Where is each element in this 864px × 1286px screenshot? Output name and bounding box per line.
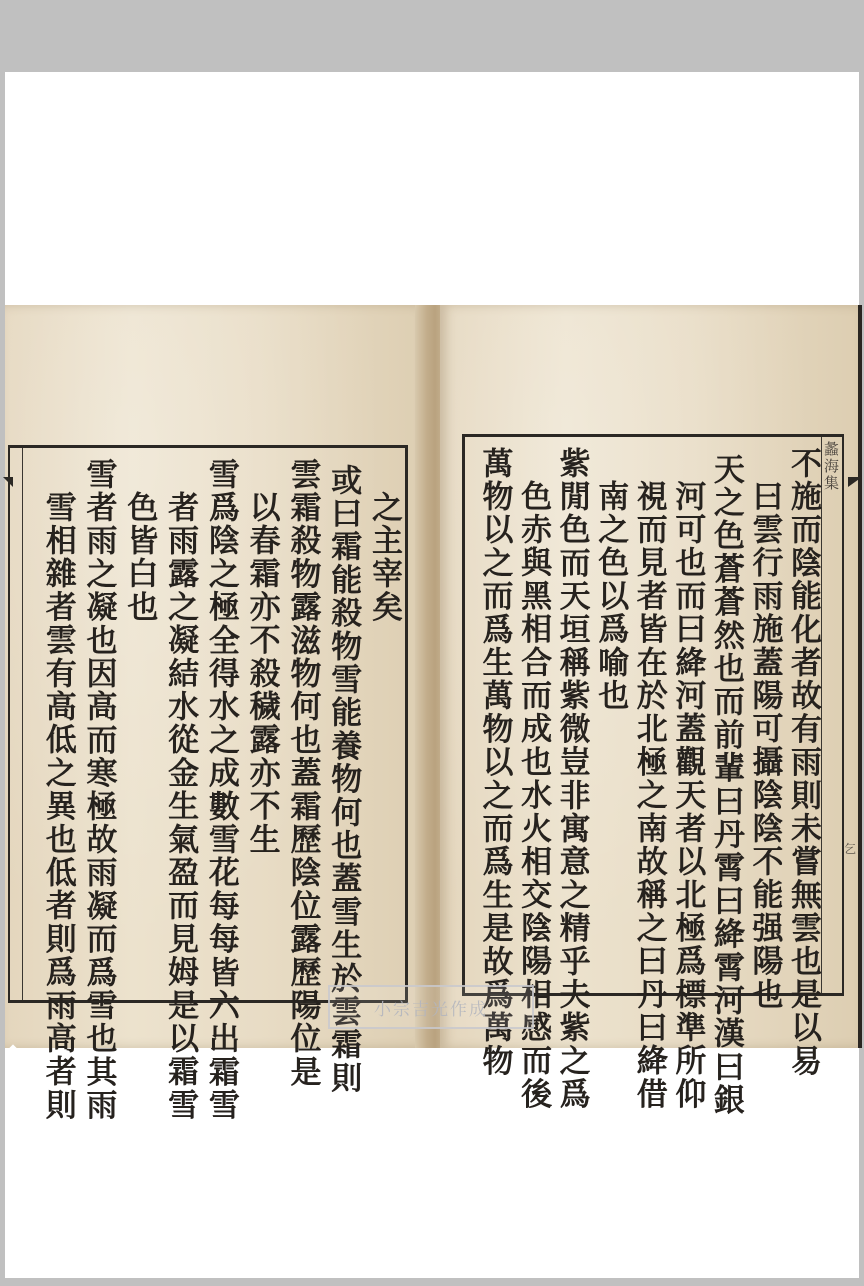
text-column: 紫閒色而天垣稱紫微豈非寓意之精乎夫紫之爲	[548, 447, 587, 987]
watermark: 小宗吉光作成	[328, 985, 534, 1029]
text-column: 南之色以爲喻也	[587, 447, 626, 987]
right-page: 蠡海集 不施而陰能化者故有雨則未嘗無雲也是以易 曰雲行雨施蓋陽可攝陰陰不能强陽也…	[440, 305, 858, 1048]
text-column: 不施而陰能化者故有雨則未嘗無雲也是以易	[779, 447, 818, 987]
text-column: 視而見者皆在於北極之南故稱之曰丹曰絳借	[625, 447, 664, 987]
fishtail-mark-icon	[3, 477, 13, 487]
fishtail-mark-icon	[848, 477, 862, 487]
text-column: 天之色蒼蒼然也而前輩曰丹霄曰絳霄河漢曰銀	[702, 447, 741, 987]
text-column: 色皆白也	[114, 458, 155, 994]
right-margin-rule	[821, 437, 822, 993]
left-page-border-frame: 之主宰矣 或曰霜能殺物雪能養物何也蓋雪生於雲霜則 雲霜殺物露滋物何也蓋霜歷陰位露…	[8, 445, 408, 1003]
text-column: 色赤與黑相合而成也水火相交陰陽相感而後	[510, 447, 549, 987]
book-spread: 之主宰矣 或曰霜能殺物雪能養物何也蓋雪生於雲霜則 雲霜殺物露滋物何也蓋霜歷陰位露…	[5, 305, 858, 1048]
text-column: 萬物以之而爲生萬物以之而爲生是故爲萬物	[471, 447, 510, 987]
right-page-border-frame: 蠡海集 不施而陰能化者故有雨則未嘗無雲也是以易 曰雲行雨施蓋陽可攝陰陰不能强陽也…	[462, 434, 844, 996]
book-title-label: 蠡海集	[822, 437, 842, 492]
text-column: 雲霜殺物露滋物何也蓋霜歷陰位露歷陽位是	[277, 458, 318, 994]
text-column: 或曰霜能殺物雪能養物何也蓋雪生於雲霜則	[317, 458, 358, 994]
left-margin-rule	[22, 448, 23, 1000]
text-column: 雪者雨之凝也因高而寒極故雨凝而爲雪也其雨	[73, 458, 114, 994]
text-column: 者雨露之凝結水從金生氣盈而見姆是以霜雪	[154, 458, 195, 994]
left-page-text-columns: 之主宰矣 或曰霜能殺物雪能養物何也蓋雪生於雲霜則 雲霜殺物露滋物何也蓋霜歷陰位露…	[32, 458, 399, 994]
text-column: 曰雲行雨施蓋陽可攝陰陰不能强陽也	[741, 447, 780, 987]
left-page: 之主宰矣 或曰霜能殺物雪能養物何也蓋雪生於雲霜則 雲霜殺物露滋物何也蓋霜歷陰位露…	[5, 305, 430, 1048]
right-page-text-columns: 不施而陰能化者故有雨則未嘗無雲也是以易 曰雲行雨施蓋陽可攝陰陰不能强陽也 天之色…	[471, 447, 818, 987]
page-mark: 乞	[844, 840, 856, 857]
text-column: 雪相雜者雲有高低之異也低者則爲雨高者則	[32, 458, 73, 994]
text-column: 之主宰矣	[358, 458, 399, 994]
text-column: 以春霜亦不殺穢露亦不生	[236, 458, 277, 994]
text-column: 河可也而曰絳河蓋觀天者以北極爲標準所仰	[664, 447, 703, 987]
text-column: 雪爲陰之極全得水之成數雪花每每皆六出霜雪	[195, 458, 236, 994]
